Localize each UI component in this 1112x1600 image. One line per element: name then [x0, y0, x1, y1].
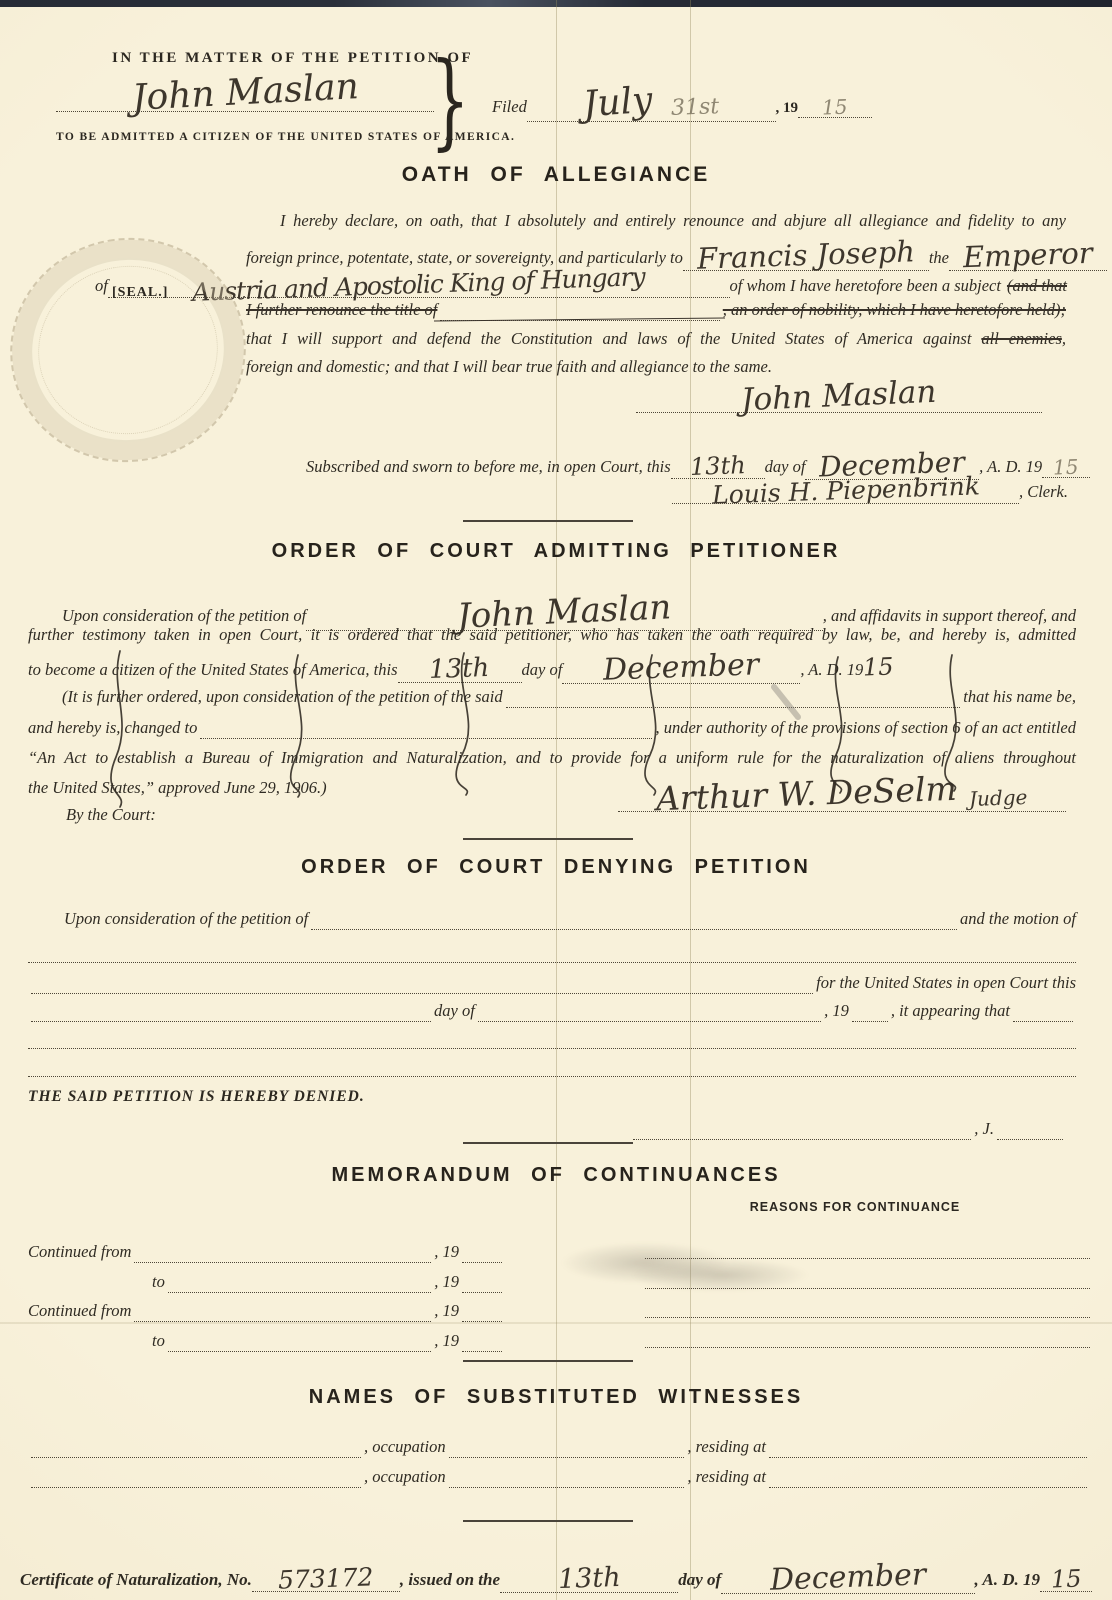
certificate-issued-label: , issued on the	[400, 1569, 500, 1592]
denying-line1: Upon consideration of the petition of an…	[64, 908, 1076, 930]
denying-blank8	[28, 1048, 1076, 1049]
petitioner-signature: John Maslan	[131, 66, 360, 119]
denying-blank9	[28, 1076, 1076, 1077]
certificate-year-handwriting: 15	[1050, 1564, 1082, 1593]
denying-l4-post: , it appearing that	[891, 1000, 1010, 1022]
continuance-year-blank	[462, 1348, 502, 1352]
continuance-row: to , 19	[152, 1271, 505, 1293]
certificate-number-handwriting: 573172	[278, 1562, 374, 1594]
document-page: IN THE MATTER OF THE PETITION OF John Ma…	[0, 0, 1112, 1600]
continuance-date-blank	[134, 1259, 431, 1263]
denying-blank6	[852, 1018, 888, 1022]
section-divider	[463, 1142, 633, 1144]
oath-title: OATH OF ALLEGIANCE	[0, 163, 1112, 187]
oath-line5: that I will support and defend the Const…	[246, 328, 1066, 350]
continuance-year-blank	[462, 1259, 502, 1263]
certificate-prefix: Certificate of Naturalization, No.	[20, 1569, 252, 1592]
denying-year-prefix: , 19	[824, 1000, 849, 1022]
petition-denied-text: THE SAID PETITION IS HEREBY DENIED.	[28, 1088, 365, 1106]
denying-judge-suffix: , J.	[974, 1118, 994, 1140]
continuance-label: Continued from	[28, 1241, 131, 1263]
denying-blank7	[1013, 1018, 1073, 1022]
denying-judge-blank2	[997, 1136, 1063, 1140]
continuance-year-prefix: , 19	[434, 1241, 459, 1263]
denying-line4: day of , 19 , it appearing that	[28, 1000, 1076, 1022]
denying-blank5	[478, 1018, 821, 1022]
residence-blank	[769, 1454, 1087, 1458]
continuance-date-blank	[134, 1318, 431, 1322]
oath-line5-struck: all enemies	[981, 329, 1062, 348]
filed-year-handwriting: 15	[822, 95, 848, 120]
reason-blank	[645, 1317, 1090, 1318]
witnesses-title: NAMES OF SUBSTITUTED WITNESSES	[0, 1386, 1112, 1409]
continuance-year-prefix: , 19	[434, 1271, 459, 1293]
denying-blank2	[28, 962, 1076, 963]
oath-line2: foreign prince, potentate, state, or sov…	[246, 236, 1066, 271]
continuance-row: to , 19	[152, 1330, 505, 1352]
witness-name-blank	[31, 1484, 361, 1488]
denying-l1-pre: Upon consideration of the petition of	[64, 908, 308, 930]
filed-year-prefix: , 19	[776, 100, 799, 117]
continuance-label: Continued from	[28, 1300, 131, 1322]
denying-judge-line: , J.	[630, 1118, 1066, 1140]
matter-label: IN THE MATTER OF THE PETITION OF	[112, 50, 473, 67]
denying-line3: for the United States in open Court this	[28, 972, 1076, 994]
occupation-blank	[449, 1454, 685, 1458]
oath-signature-line: John Maslan	[636, 376, 1042, 413]
oath-line4-struck: I further renounce the title of , an ord…	[246, 299, 1066, 321]
certificate-day-handwriting: 13th	[557, 1562, 621, 1595]
occupation-blank	[449, 1484, 685, 1488]
witness-name-blank	[31, 1454, 361, 1458]
oath-line5-post: ,	[1062, 329, 1066, 348]
continuance-year-blank	[462, 1318, 502, 1322]
oath-line2-mid: the	[929, 247, 949, 269]
continuance-date-blank	[168, 1348, 431, 1352]
denying-judge-blank	[633, 1136, 971, 1140]
clerk-line: Louis H. Piepenbrink , Clerk.	[672, 474, 1068, 504]
continuance-year-prefix: , 19	[434, 1300, 459, 1322]
denying-blank4	[31, 1018, 431, 1022]
residence-blank	[769, 1484, 1087, 1488]
certificate-day-of-label: day of	[678, 1569, 721, 1592]
continuance-label: to	[152, 1271, 165, 1293]
oath-line6: foreign and domestic; and that I will be…	[246, 356, 772, 378]
clerk-label: , Clerk.	[1019, 481, 1068, 503]
witness-row: , occupation , residing at	[28, 1436, 1090, 1458]
filed-line: Filed July 31st , 19 15	[492, 80, 872, 122]
occupation-label: , occupation	[364, 1436, 446, 1458]
brace-glyph: }	[430, 48, 470, 152]
denying-title: ORDER OF COURT DENYING PETITION	[0, 856, 1112, 879]
oath-line1: I hereby declare, on oath, that I absolu…	[280, 210, 1066, 232]
clerk-signature: Louis H. Piepenbrink	[711, 471, 980, 509]
petitioner-name-line: John Maslan	[56, 70, 434, 112]
filed-month-handwriting: July	[582, 80, 654, 126]
continuances-title: MEMORANDUM OF CONTINUANCES	[0, 1164, 1112, 1187]
oath-line3: of Austria and Apostolic King of Hungary…	[95, 268, 1067, 298]
certificate-ad-label: , A. D. 19	[975, 1569, 1041, 1592]
section-divider	[463, 1520, 633, 1522]
continuance-year-blank	[462, 1289, 502, 1293]
ink-smudge	[630, 1258, 810, 1292]
denying-blank1	[311, 926, 957, 930]
filed-label: Filed	[492, 96, 527, 118]
embossed-court-seal	[0, 219, 264, 481]
oath-line4-struck-a: I further renounce the title of	[246, 299, 437, 321]
subscribed-pre: Subscribed and sworn to before me, in op…	[306, 456, 671, 478]
certificate-month-handwriting: December	[769, 1557, 926, 1597]
admitting-title: ORDER OF COURT ADMITTING PETITIONER	[0, 540, 1112, 563]
oath-line3-post: of whom I have heretofore been a subject	[730, 275, 1001, 297]
admitting-line2: further testimony taken in open Court, i…	[28, 624, 1076, 646]
seal-label: [SEAL.]	[112, 285, 168, 301]
oath-line3-struck: (and that	[1007, 275, 1067, 297]
witness-row: , occupation , residing at	[28, 1466, 1090, 1488]
continuance-label: to	[152, 1330, 165, 1352]
denying-day-of-label: day of	[434, 1000, 475, 1022]
name-change-strikeout-marks	[90, 645, 1010, 813]
reasons-header: REASONS FOR CONTINUANCE	[730, 1200, 980, 1214]
continuance-row: Continued from , 19	[28, 1300, 505, 1322]
residing-label: , residing at	[687, 1466, 766, 1488]
section-divider	[463, 1360, 633, 1362]
denying-l1-post: and the motion of	[960, 908, 1076, 930]
occupation-label: , occupation	[364, 1466, 446, 1488]
oath-line4-struck-b: , an order of nobility, which I have her…	[723, 299, 1066, 321]
residing-label: , residing at	[687, 1436, 766, 1458]
nobility-title-blank	[440, 317, 719, 321]
filed-day-handwriting: 31st	[670, 94, 719, 121]
continuance-row: Continued from , 19	[28, 1241, 505, 1263]
certificate-line: Certificate of Naturalization, No. 57317…	[20, 1558, 1092, 1594]
continuance-year-prefix: , 19	[434, 1330, 459, 1352]
denying-blank3	[31, 990, 813, 994]
continuance-date-blank	[168, 1289, 431, 1293]
horizontal-crease	[0, 1322, 1112, 1324]
denying-l3-post: for the United States in open Court this	[816, 972, 1076, 994]
section-divider	[463, 838, 633, 840]
section-divider	[463, 520, 633, 522]
reason-blank	[645, 1347, 1090, 1348]
oath-signature: John Maslan	[741, 374, 938, 418]
oath-line5-pre: that I will support and defend the Const…	[246, 329, 971, 348]
